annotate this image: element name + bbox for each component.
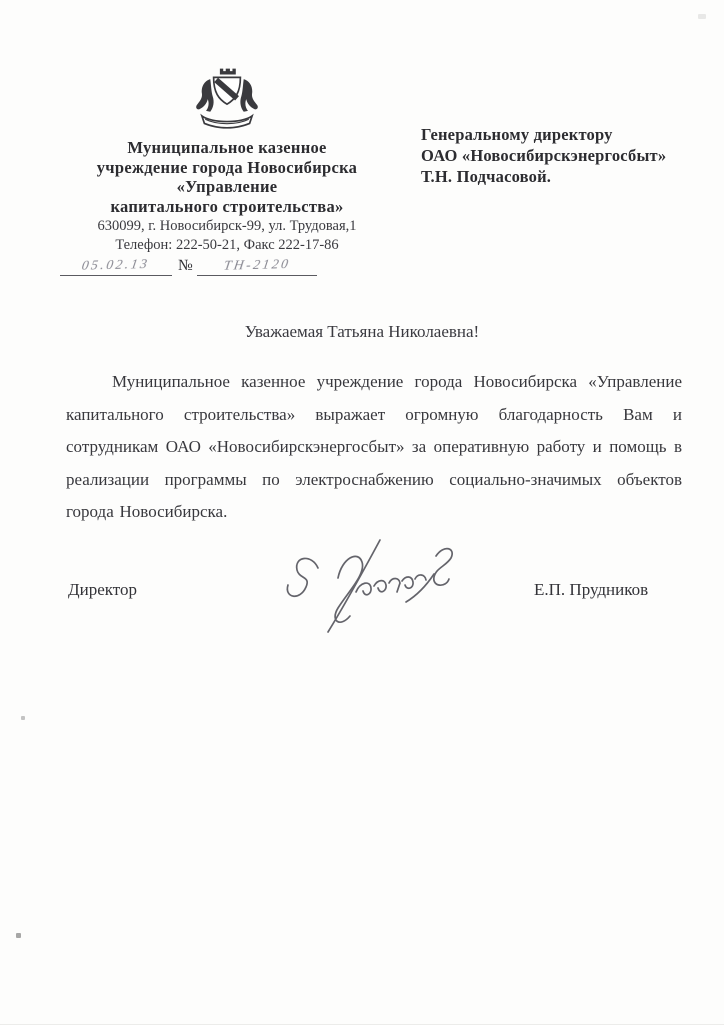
- doc-number-handwritten: ТН-2120: [222, 256, 291, 274]
- novosibirsk-coat-of-arms-icon: [56, 64, 398, 136]
- number-sign: №: [172, 257, 197, 276]
- org-name-line-4: капитального строительства»: [56, 197, 398, 217]
- org-address: 630099, г. Новосибирск-99, ул. Трудовая,…: [56, 218, 398, 235]
- handwritten-signature: [278, 534, 468, 644]
- addressee-line-3: Т.Н. Подчасовой.: [421, 166, 691, 187]
- scanned-letter-page: Муниципальное казенное учреждение города…: [0, 0, 724, 1025]
- scan-speck: [21, 716, 25, 720]
- org-name-line-2: учреждение города Новосибирска: [56, 158, 398, 178]
- doc-number-row: 05.02.13 № ТН-2120: [60, 257, 398, 276]
- signatory-name: Е.П. Прудников: [534, 580, 648, 600]
- scan-speck: [16, 933, 21, 938]
- org-name-line-1: Муниципальное казенное: [56, 138, 398, 158]
- letterhead: Муниципальное казенное учреждение города…: [56, 64, 398, 276]
- signatory-title: Директор: [68, 580, 137, 600]
- doc-date-field: 05.02.13: [60, 257, 172, 276]
- addressee-line-2: ОАО «Новосибирскэнергосбыт»: [421, 145, 691, 166]
- addressee-block: Генеральному директору ОАО «Новосибирскэ…: [421, 124, 691, 187]
- org-name-line-3: «Управление: [56, 177, 398, 197]
- scan-smudge: [698, 14, 706, 19]
- body-paragraph: Муниципальное казенное учреждение города…: [66, 366, 682, 529]
- org-phone: Телефон: 222-50-21, Факс 222-17-86: [56, 237, 398, 254]
- doc-number-field: ТН-2120: [197, 257, 317, 276]
- doc-date-handwritten: 05.02.13: [81, 256, 151, 274]
- addressee-line-1: Генеральному директору: [421, 124, 691, 145]
- greeting: Уважаемая Татьяна Николаевна!: [0, 322, 724, 342]
